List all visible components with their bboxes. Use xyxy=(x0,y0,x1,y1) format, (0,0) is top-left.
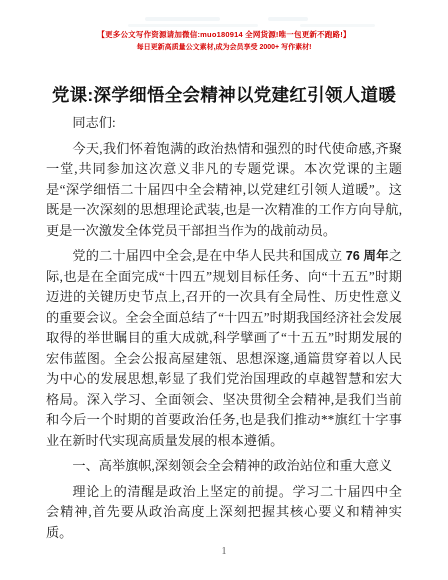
page-number: 1 xyxy=(0,546,448,557)
promo-header: 【更多公文写作资源请加微信:muo180914 全网货源!唯一包更新不跑路!】 … xyxy=(0,29,448,53)
document-body: 同志们: 今天,我们怀着饱满的政治热情和强烈的时代使命感,齐聚一堂,共同参加这次… xyxy=(46,113,402,543)
promo-line-1: 【更多公文写作资源请加微信:muo180914 全网货源!唯一包更新不跑路!】 xyxy=(0,29,448,40)
faint-scan-smudge xyxy=(300,24,375,27)
document-title: 党课:深学细悟全会精神以党建红引领人道暖 xyxy=(0,84,448,106)
paragraph-plenary-run-2: 之际,也是在全面完成“十四五”规划目标任务、向“十五五”时期迈进的关键历史节点上… xyxy=(46,248,402,448)
paragraph-plenary-bold-anniversary: 76 周年 xyxy=(346,249,389,263)
paragraph-theory: 理论上的清醒是政治上坚定的前提。学习二十届四中全会精神,首先要从政治高度上深刻把… xyxy=(46,482,402,544)
document-page: 【更多公文写作资源请加微信:muo180914 全网货源!唯一包更新不跑路!】 … xyxy=(0,0,448,580)
faint-scan-smudge xyxy=(268,17,308,21)
faint-scan-smudge xyxy=(128,24,258,27)
paragraph-intro: 今天,我们怀着饱满的政治热情和强烈的时代使命感,齐聚一堂,共同参加这次意义非凡的… xyxy=(46,139,402,242)
section-heading-1: 一、高举旗帜,深刻领会全会精神的政治站位和重大意义 xyxy=(46,456,402,477)
paragraph-plenary-run-1: 党的二十届四中全会,是在中华人民共和国成立 xyxy=(72,248,345,263)
faint-scan-smudge xyxy=(145,17,220,21)
paragraph-plenary-session: 党的二十届四中全会,是在中华人民共和国成立 76 周年之际,也是在全面完成“十四… xyxy=(46,246,402,451)
promo-line-2: 每日更新高质量公文素材,成为会员享受 2000+ 写作素材! xyxy=(0,42,448,53)
salutation: 同志们: xyxy=(46,113,402,134)
